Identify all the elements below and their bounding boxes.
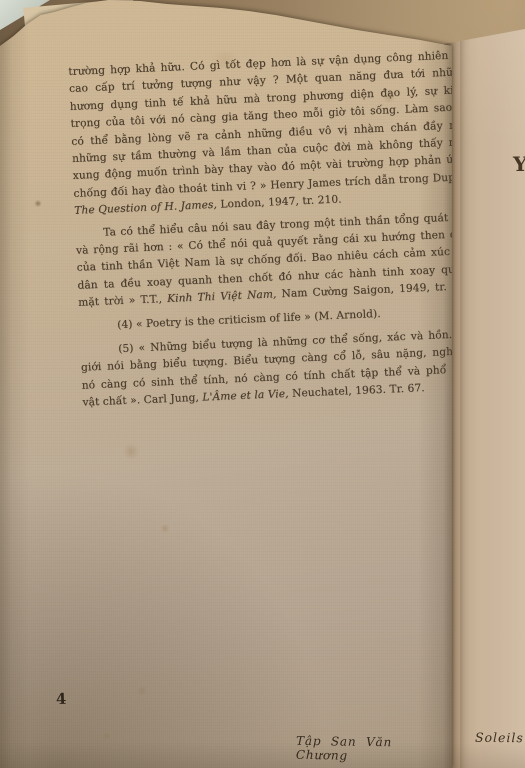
paper-stain bbox=[160, 524, 170, 533]
paper-stain bbox=[136, 686, 148, 696]
paper-stain bbox=[34, 200, 42, 207]
body-text: Neuchatel, 1963. Tr. 67. bbox=[288, 382, 425, 400]
paper-stain bbox=[102, 732, 111, 740]
paper-stain bbox=[122, 444, 140, 459]
left-page: trường hợp khả hữu. Có gì tốt đẹp hơn là… bbox=[0, 0, 452, 768]
page-number: 4 bbox=[56, 690, 67, 708]
body-text: (4) « Poetry is the criticism of life » … bbox=[117, 308, 381, 331]
left-page-footer: Tập San Văn Chương bbox=[296, 734, 452, 764]
body-text: mặt trời » T.T., bbox=[78, 293, 167, 309]
body-text: vật chất ». Carl Jung, bbox=[82, 392, 202, 409]
left-page-wrapper: trường hợp khả hữu. Có gì tốt đẹp hơn là… bbox=[0, 0, 525, 768]
book-photo: Y Soleils trường hợp khả hữu. Có gì tốt … bbox=[0, 0, 525, 768]
body-text: London, 1947, tr. 210. bbox=[217, 194, 342, 211]
italic-citation-text: The Question of H. James, bbox=[74, 199, 217, 217]
page-text: trường hợp khả hữu. Có gì tốt đẹp hơn là… bbox=[68, 47, 481, 412]
italic-citation-text: Kinh Thi Việt Nam, bbox=[167, 288, 277, 305]
italic-citation-text: L'Âme et la Vie, bbox=[202, 388, 289, 404]
